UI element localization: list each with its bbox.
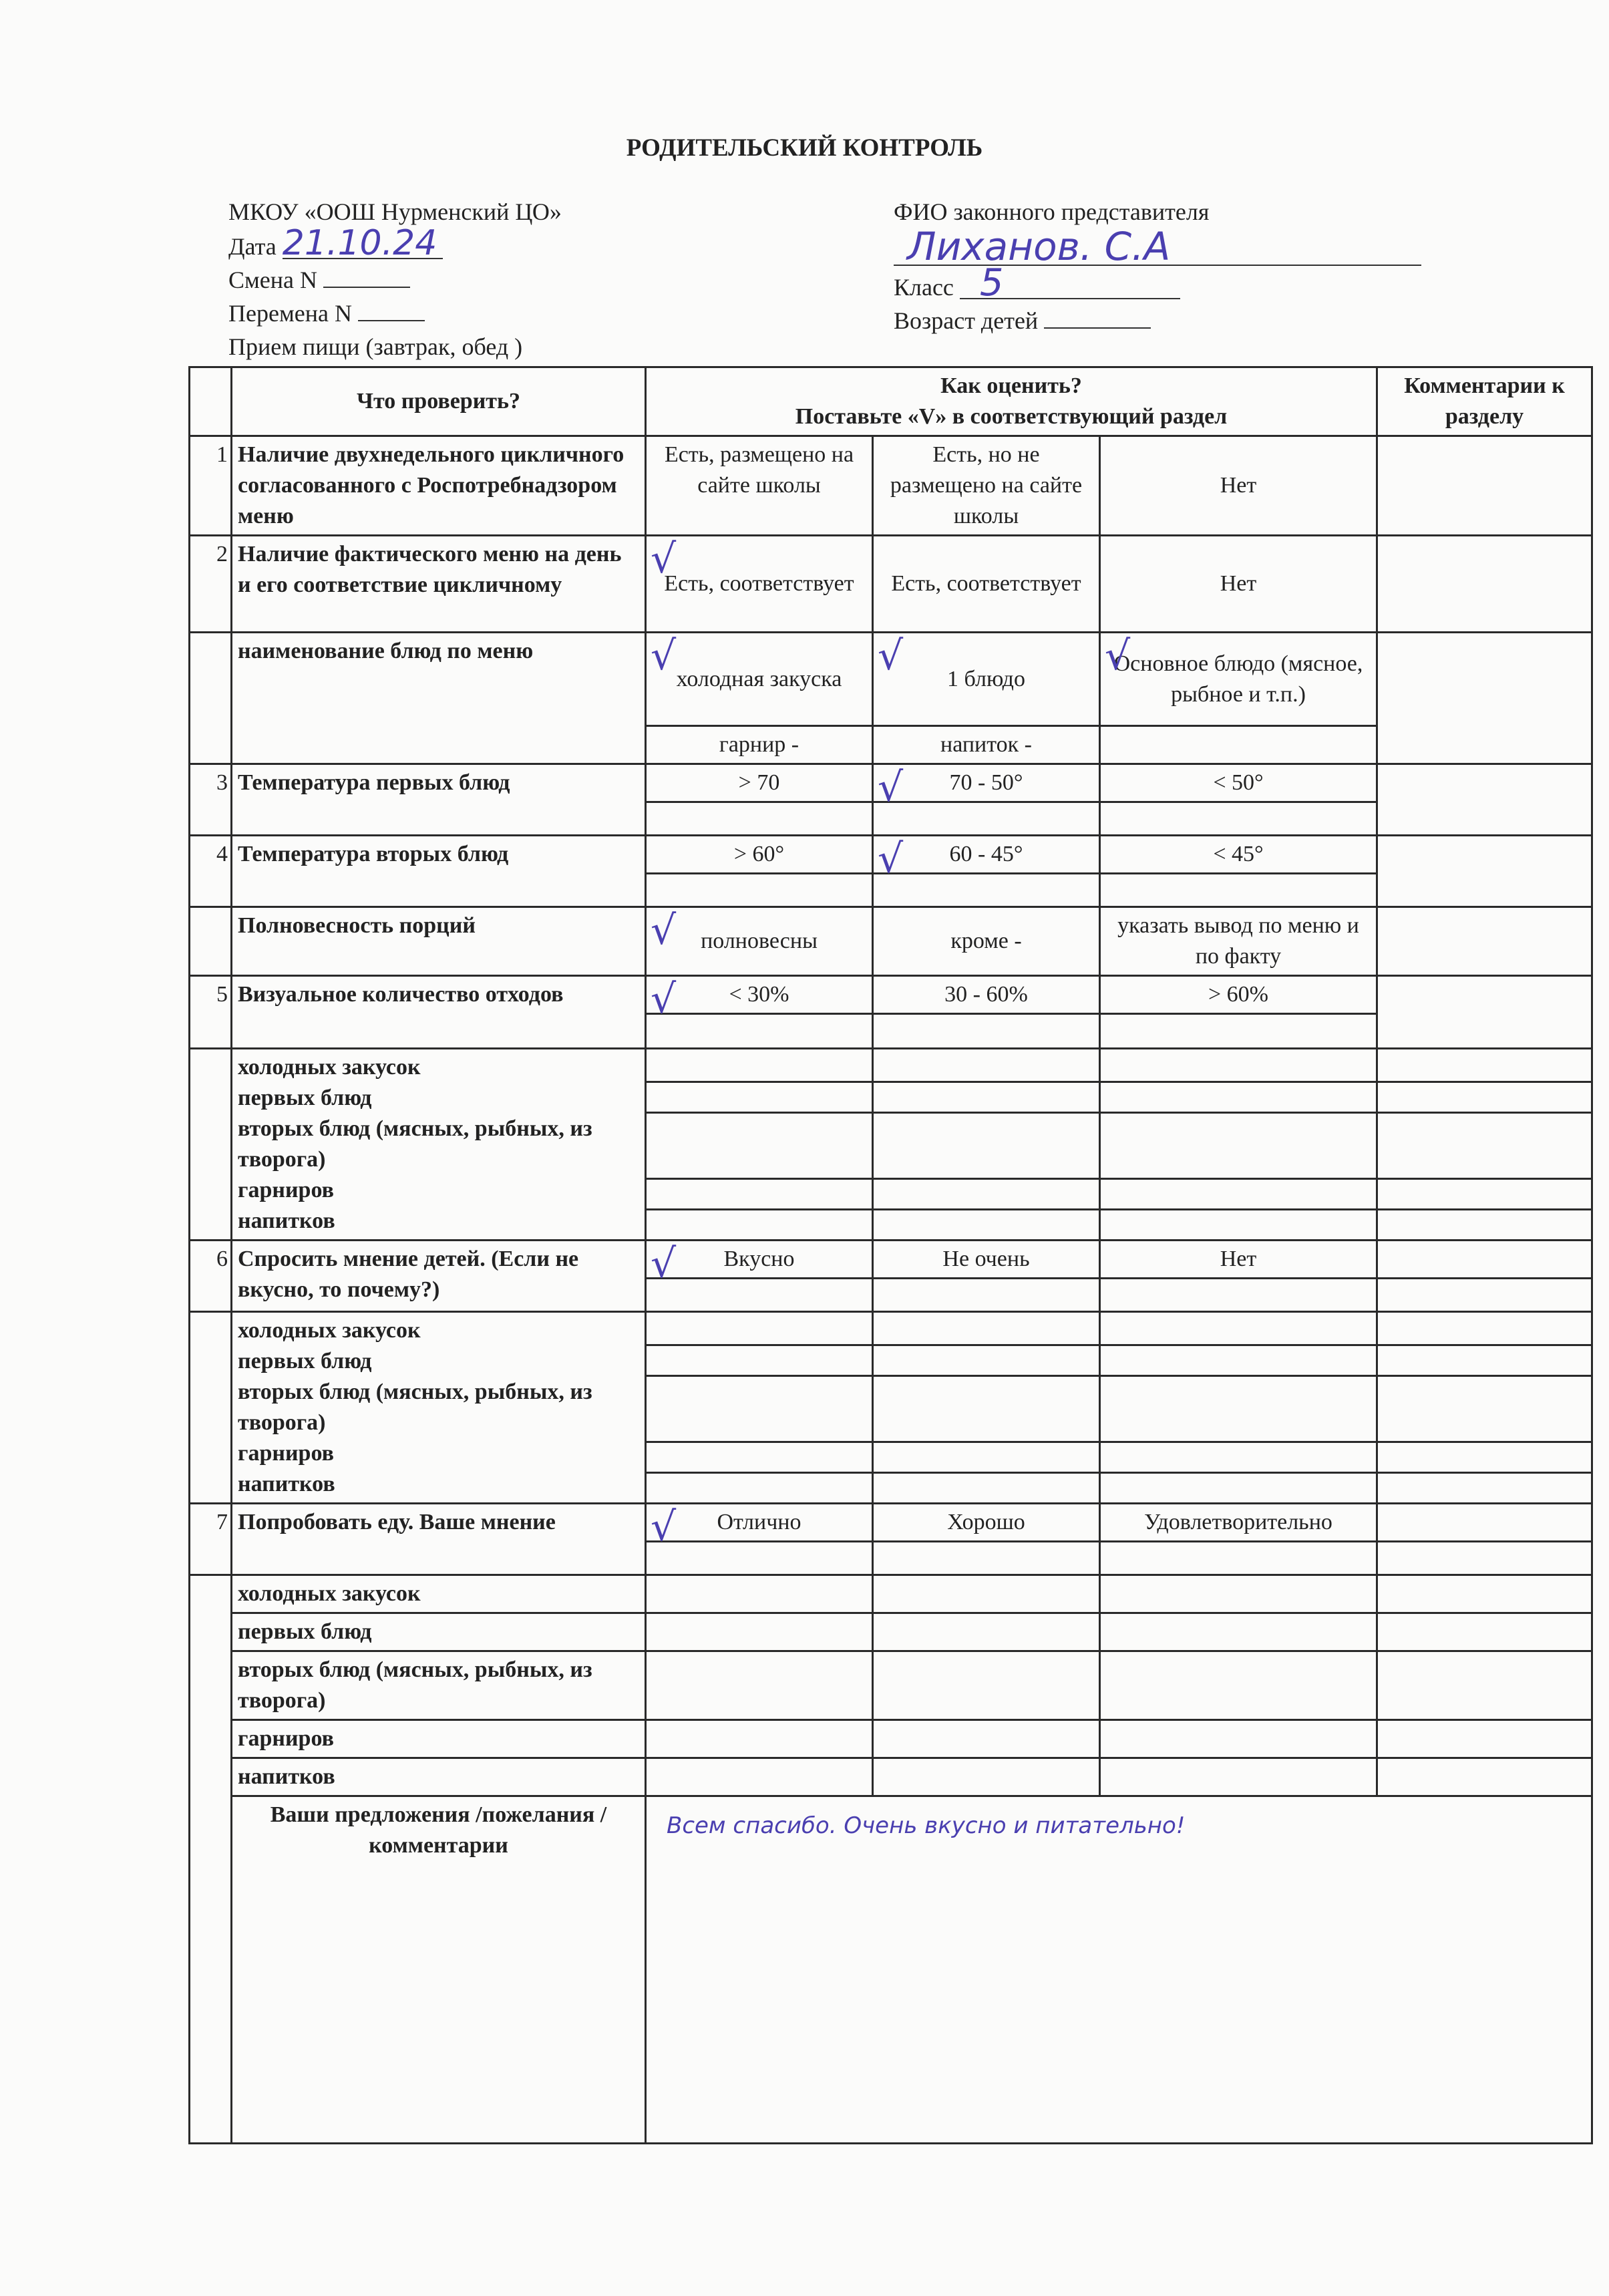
shift-field[interactable]: Смена N xyxy=(228,263,562,297)
option-cell[interactable]: √Есть, соответствует xyxy=(646,536,873,633)
comment-cell[interactable] xyxy=(1377,1241,1592,1279)
date-value[interactable]: 21.10.24 xyxy=(283,228,443,259)
table-row: холодных закусок xyxy=(190,1575,1592,1613)
table-row: холодных закусокпервых блюдвторых блюд (… xyxy=(190,1049,1592,1082)
class-value[interactable]: 5 xyxy=(960,269,1180,299)
break-value[interactable] xyxy=(358,300,425,321)
table-row: 7 Попробовать еду. Ваше мнение √Отлично … xyxy=(190,1504,1592,1542)
header-left: МКОУ «ООШ Нурменский ЦО» Дата 21.10.24 С… xyxy=(228,195,562,363)
check-icon: √ xyxy=(651,539,676,579)
table-row: 4 Температура вторых блюд > 60° √60 - 45… xyxy=(190,836,1592,874)
what-header: Что проверить? xyxy=(232,367,646,436)
table-row: Полновесность порций √полновесны кроме -… xyxy=(190,907,1592,976)
check-icon: √ xyxy=(1105,636,1130,676)
class-field[interactable]: Класс 5 xyxy=(894,269,1421,304)
comment-cell[interactable] xyxy=(1377,976,1592,1049)
comments-header: Комментарии к разделу xyxy=(1377,367,1592,436)
option-cell[interactable]: Нет xyxy=(1100,536,1377,633)
header-right: ФИО законного представителя Лиханов. С.А… xyxy=(894,195,1421,337)
table-row: холодных закусокпервых блюдвторых блюд (… xyxy=(190,1312,1592,1345)
how-header: Как оценить?Поставьте «V» в соответствую… xyxy=(646,367,1377,436)
table-row: 3 Температура первых блюд > 70 √70 - 50°… xyxy=(190,764,1592,802)
comment-cell[interactable] xyxy=(1377,633,1592,764)
shift-value[interactable] xyxy=(323,267,410,288)
option-cell[interactable]: √холодная закуска xyxy=(646,633,873,726)
dish-list: холодных закусокпервых блюдвторых блюд (… xyxy=(232,1312,646,1504)
comment-cell[interactable] xyxy=(1377,907,1592,976)
meal-label: Прием пищи (завтрак, обед ) xyxy=(228,330,562,363)
num-header xyxy=(190,367,232,436)
date-field[interactable]: Дата 21.10.24 xyxy=(228,228,562,263)
guardian-value[interactable]: Лиханов. С.А xyxy=(894,228,1421,266)
suggestions-field[interactable]: Всем спасибо. Очень вкусно и питательно! xyxy=(646,1796,1592,2144)
suggestions-label: Ваши предложения /пожелания / комментари… xyxy=(232,1796,646,2144)
dish-list: холодных закусокпервых блюдвторых блюд (… xyxy=(232,1049,646,1241)
check-icon: √ xyxy=(651,636,676,676)
guardian-field[interactable]: Лиханов. С.А xyxy=(894,228,1421,269)
comment-cell[interactable] xyxy=(1377,1504,1592,1542)
option-cell[interactable]: Есть, размещено на сайте школы xyxy=(646,436,873,536)
comment-cell[interactable] xyxy=(1377,536,1592,633)
comment-cell[interactable] xyxy=(1377,764,1592,836)
option-cell[interactable]: √1 блюдо xyxy=(873,633,1100,726)
option-cell[interactable]: Есть, соответствует xyxy=(873,536,1100,633)
table-row: 1 Наличие двухнедельного цикличного согл… xyxy=(190,436,1592,536)
table-row: 2 Наличие фактического меню на день и ег… xyxy=(190,536,1592,633)
option-cell[interactable]: Нет xyxy=(1100,436,1377,536)
check-icon: √ xyxy=(878,636,903,676)
option-cell[interactable]: Есть, но не размещено на сайте школы xyxy=(873,436,1100,536)
parent-control-table: Что проверить? Как оценить?Поставьте «V»… xyxy=(188,366,1593,2144)
table-row: 5 Визуальное количество отходов √< 30% 3… xyxy=(190,976,1592,1014)
suggestions-row: Ваши предложения /пожелания / комментари… xyxy=(190,1796,1592,2144)
table-row: наименование блюд по меню √холодная заку… xyxy=(190,633,1592,726)
break-field[interactable]: Перемена N xyxy=(228,297,562,330)
comment-cell[interactable] xyxy=(1377,436,1592,536)
option-cell[interactable]: √Основное блюдо (мясное, рыбное и т.п.) xyxy=(1100,633,1377,726)
check-icon: √ xyxy=(651,911,676,951)
page-title: РОДИТЕЛЬСКИЙ КОНТРОЛЬ xyxy=(0,134,1609,162)
age-value[interactable] xyxy=(1044,307,1151,329)
age-field[interactable]: Возраст детей xyxy=(894,304,1421,337)
table-row: 6 Спросить мнение детей. (Если не вкусно… xyxy=(190,1241,1592,1279)
comment-cell[interactable] xyxy=(1377,836,1592,907)
